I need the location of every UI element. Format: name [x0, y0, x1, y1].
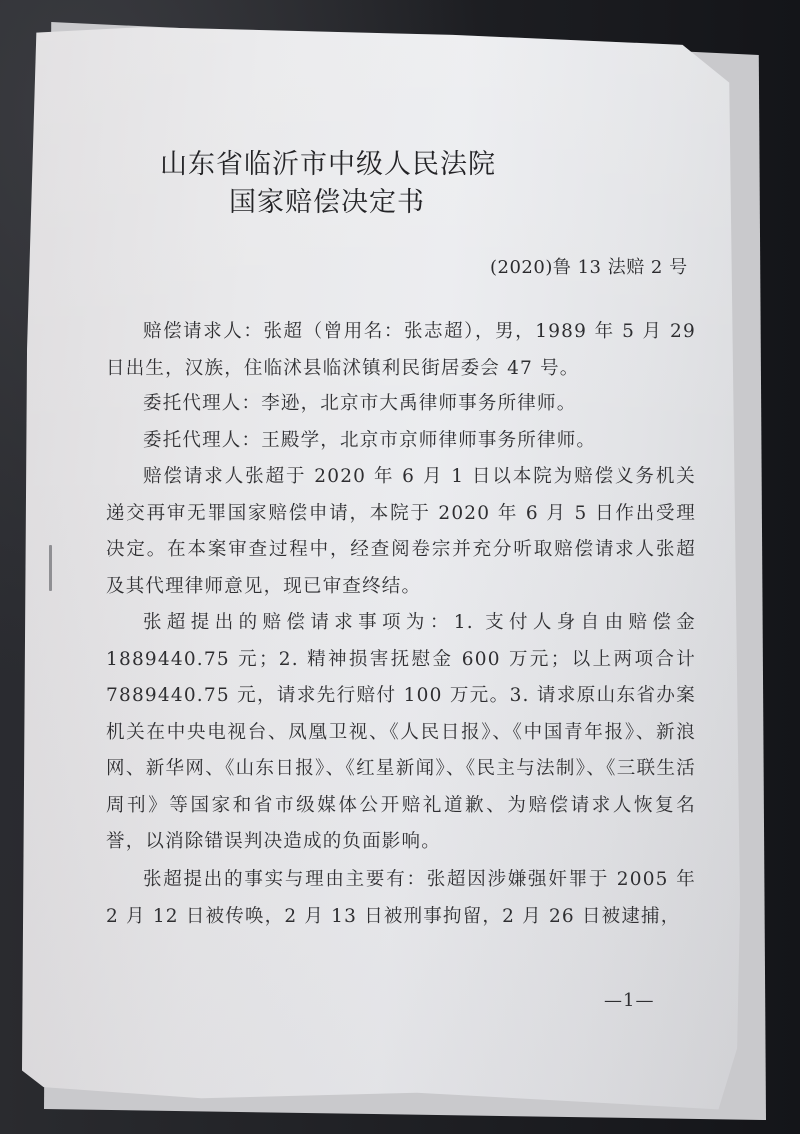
paragraph-claims: 张超提出的赔偿请求事项为：1. 支付人身自由赔偿金 1889440.75 元；2… [106, 605, 696, 861]
paragraph-claimant: 赔偿请求人：张超（曾用名：张志超），男，1989 年 5 月 29 日出生，汉族… [106, 314, 696, 387]
document-title: 国家赔偿决定书 [229, 180, 425, 219]
paragraph-agent-1: 委托代理人：李逊，北京市大禹律师事务所律师。 [106, 386, 696, 423]
case-number: (2020)鲁 13 法赔 2 号 [490, 253, 688, 279]
paragraph-procedure: 赔偿请求人张超于 2020 年 6 月 1 日以本院为赔偿义务机关递交再审无罪国… [106, 459, 696, 605]
margin-pen-mark [49, 545, 52, 591]
court-name: 山东省临沂市中级人民法院 [160, 142, 640, 181]
paragraph-facts: 张超提出的事实与理由主要有：张超因涉嫌强奸罪于 2005 年 2 月 12 日被… [106, 862, 696, 935]
paragraph-agent-2: 委托代理人：王殿学，北京市京师律师事务所律师。 [106, 423, 696, 460]
page-number: —1— [604, 990, 654, 1011]
